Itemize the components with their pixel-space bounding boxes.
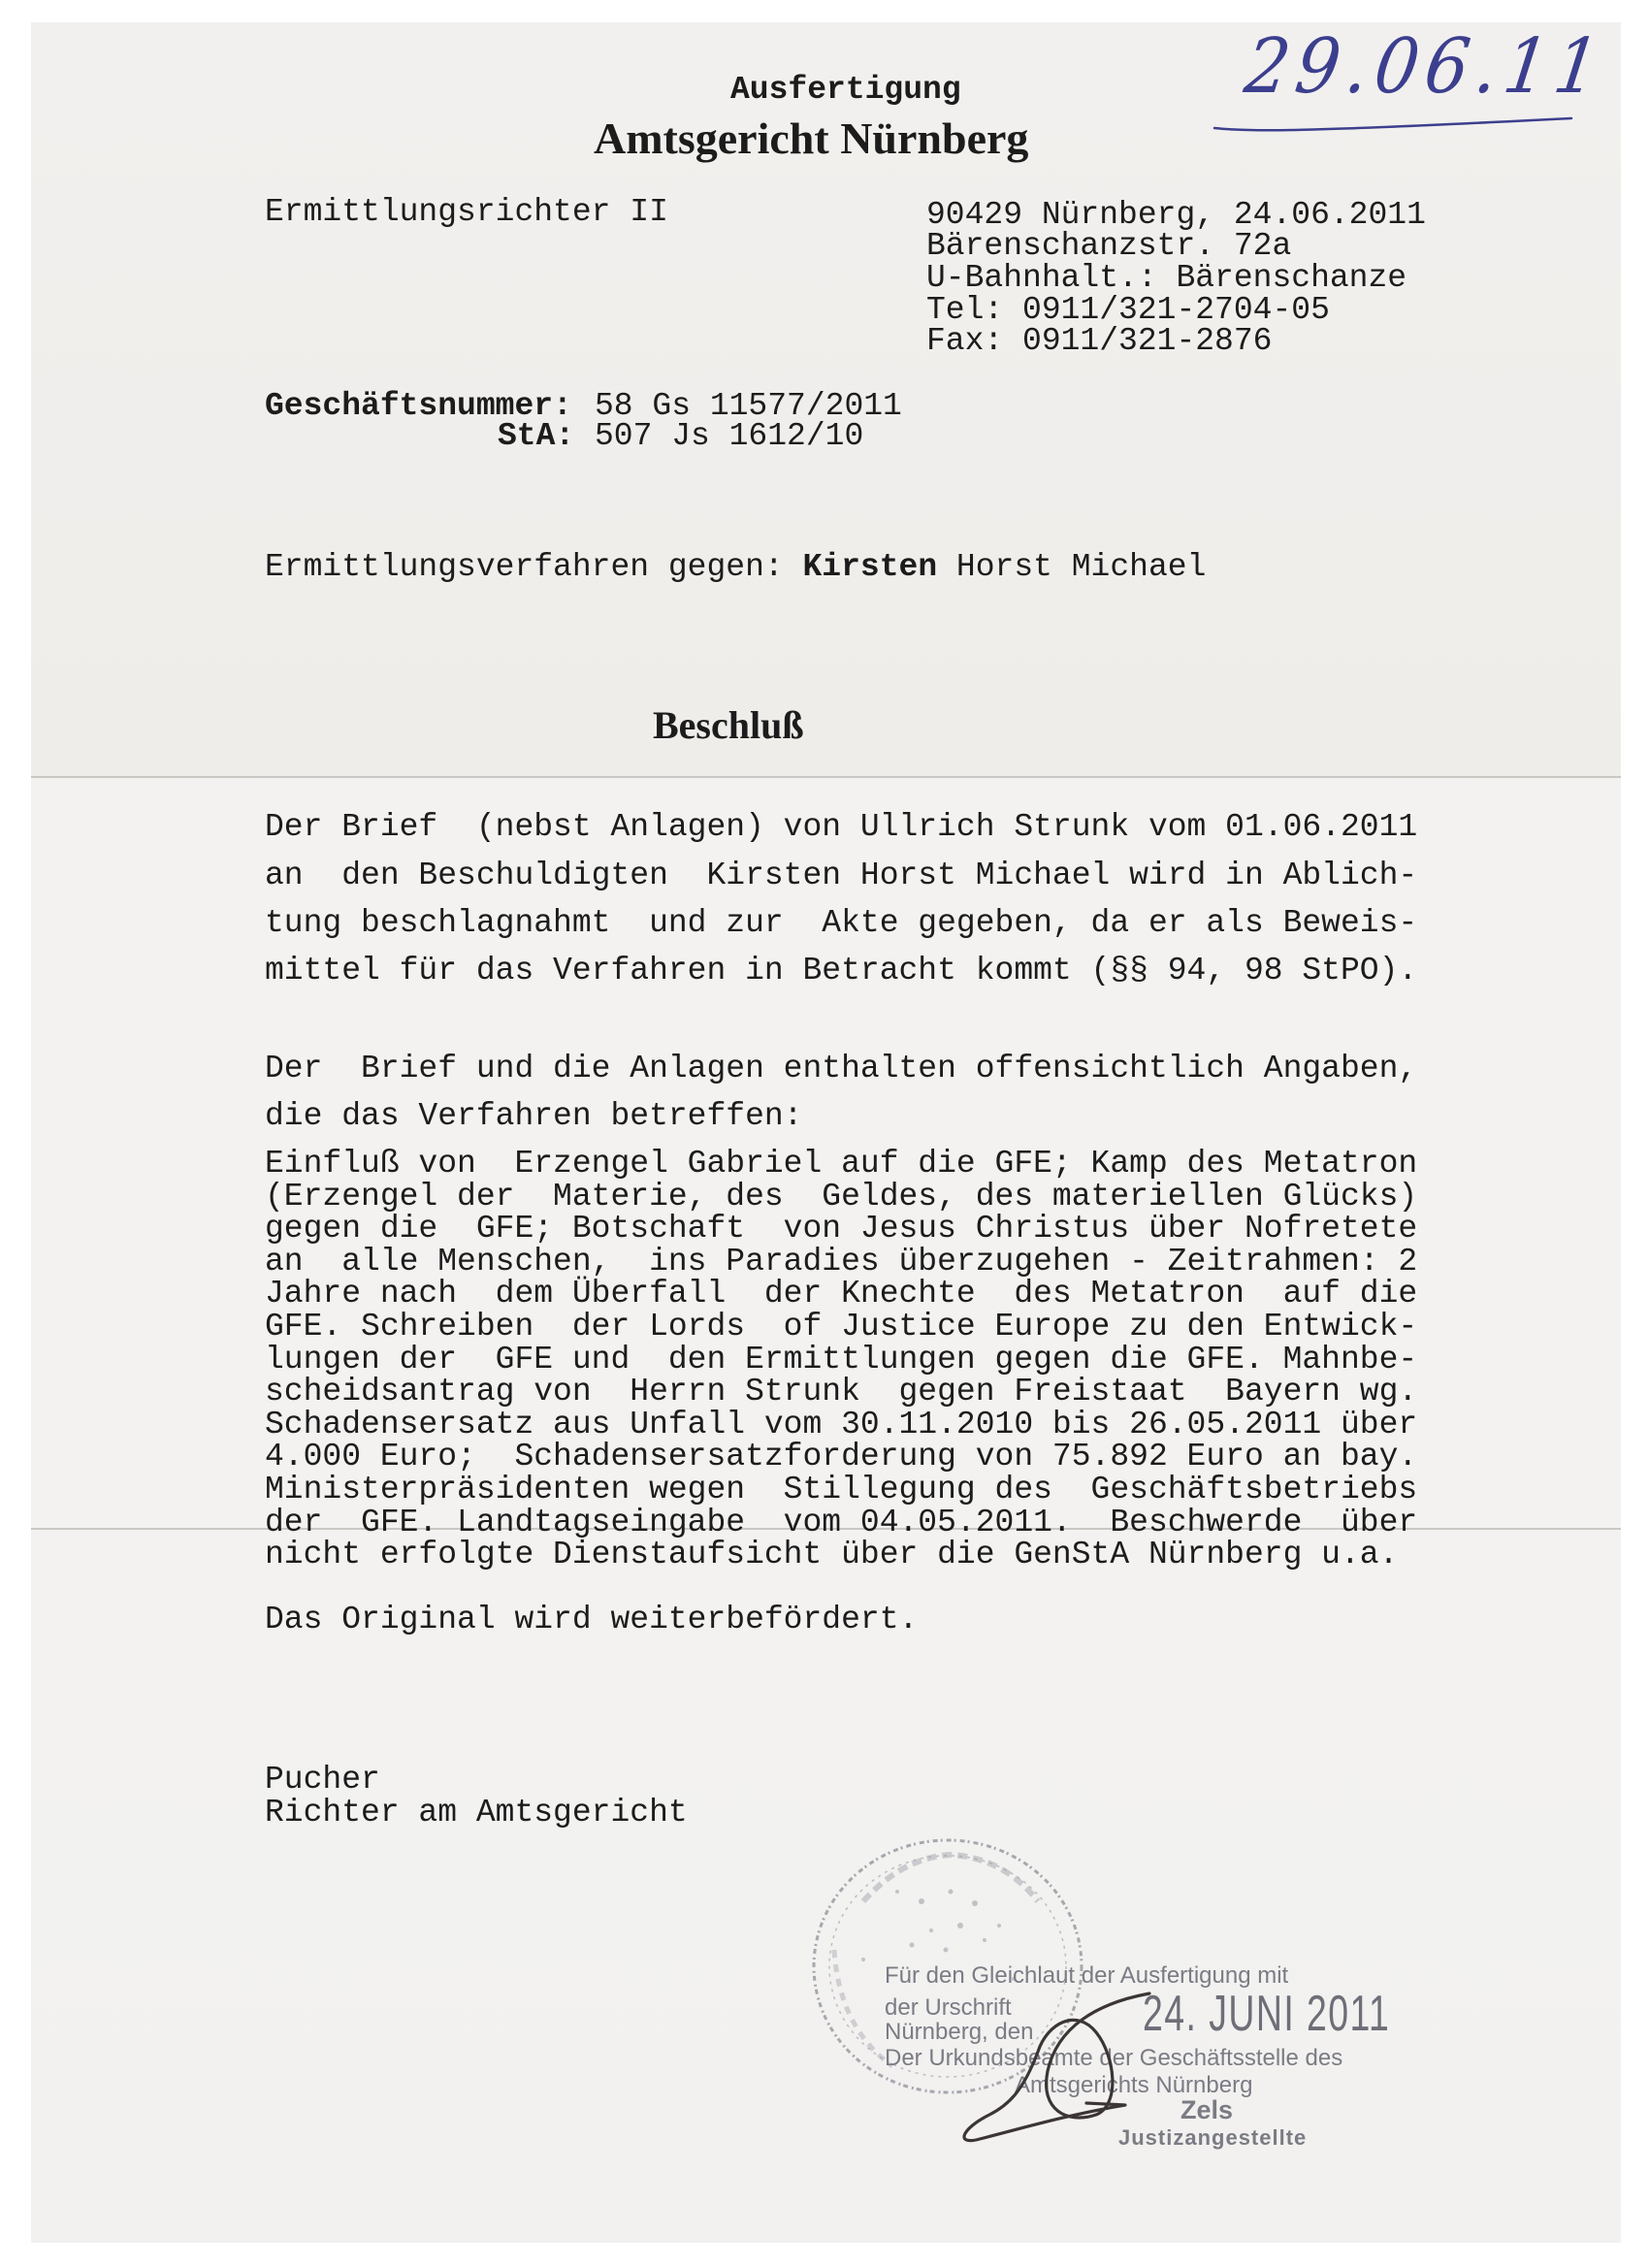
- prosecution-number-label: StA:: [498, 420, 574, 452]
- details-line: der GFE. Landtagseingabe vom 04.05.2011.…: [265, 1507, 1417, 1539]
- address-line: Fax: 0911/321-2876: [926, 325, 1272, 357]
- stamp-official-name: Zels: [1180, 2097, 1233, 2123]
- paragraph1-line: Der Brief (nebst Anlagen) von Ullrich St…: [265, 811, 1417, 843]
- handwritten-date: 29.06.11: [1241, 29, 1610, 105]
- copy-label: Ausfertigung: [730, 74, 961, 106]
- paragraph1-line: mittel für das Verfahren in Betracht kom…: [265, 955, 1417, 987]
- address-line: Bärenschanzstr. 72a: [926, 230, 1291, 262]
- details-line: lungen der GFE und den Ermittlungen gege…: [265, 1344, 1417, 1376]
- paragraph2-line: Der Brief und die Anlagen enthalten offe…: [265, 1053, 1417, 1085]
- judge-name: Pucher: [265, 1764, 380, 1796]
- paragraph1-line: an den Beschuldigten Kirsten Horst Micha…: [265, 859, 1417, 891]
- details-line: scheidsantrag von Herrn Strunk gegen Fre…: [265, 1376, 1417, 1408]
- paragraph1-line: tung beschlagnahmt und zur Akte gegeben,…: [265, 907, 1417, 939]
- closing-line: Das Original wird weiterbefördert.: [265, 1604, 918, 1636]
- details-line: Ministerpräsidenten wegen Stillegung des…: [265, 1474, 1417, 1506]
- address-line: 90429 Nürnberg, 24.06.2011: [926, 199, 1426, 231]
- court-name: Amtsgericht Nürnberg: [594, 116, 1028, 161]
- judge-title: Richter am Amtsgericht: [265, 1797, 688, 1829]
- department: Ermittlungsrichter II: [265, 196, 668, 228]
- details-line: (Erzengel der Materie, des Geldes, des m…: [265, 1181, 1417, 1213]
- address-line: Tel: 0911/321-2704-05: [926, 294, 1330, 326]
- defendant-surname: Kirsten: [803, 549, 938, 585]
- handwritten-underline: [1212, 107, 1581, 146]
- details-line: an alle Menschen, ins Paradies überzugeh…: [265, 1246, 1417, 1278]
- details-line: gegen die GFE; Botschaft von Jesus Chris…: [265, 1213, 1417, 1245]
- proceeding-line: Ermittlungsverfahren gegen: Kirsten Hors…: [265, 551, 1206, 583]
- details-line: Einfluß von Erzengel Gabriel auf die GFE…: [265, 1148, 1417, 1180]
- defendant-given-names: Horst Michael: [937, 549, 1206, 585]
- details-line: nicht erfolgte Dienstaufsicht über die G…: [265, 1539, 1398, 1571]
- details-line: Jahre nach dem Überfall der Knechte des …: [265, 1278, 1417, 1310]
- signature-icon: [951, 1979, 1164, 2144]
- proceeding-label: Ermittlungsverfahren gegen:: [265, 549, 803, 585]
- fold-line: [31, 776, 1621, 778]
- details-line: GFE. Schreiben der Lords of Justice Euro…: [265, 1311, 1417, 1343]
- decision-title: Beschluß: [653, 706, 804, 745]
- details-line: Schadensersatz aus Unfall vom 30.11.2010…: [265, 1409, 1417, 1441]
- prosecution-number-value: 507 Js 1612/10: [595, 420, 863, 452]
- paragraph2-line: die das Verfahren betreffen:: [265, 1100, 803, 1132]
- stamp-date: 24. JUNI 2011: [1143, 1989, 1390, 2039]
- address-line: U-Bahnhalt.: Bärenschanze: [926, 262, 1406, 294]
- details-line: 4.000 Euro; Schadensersatzforderung von …: [265, 1441, 1417, 1473]
